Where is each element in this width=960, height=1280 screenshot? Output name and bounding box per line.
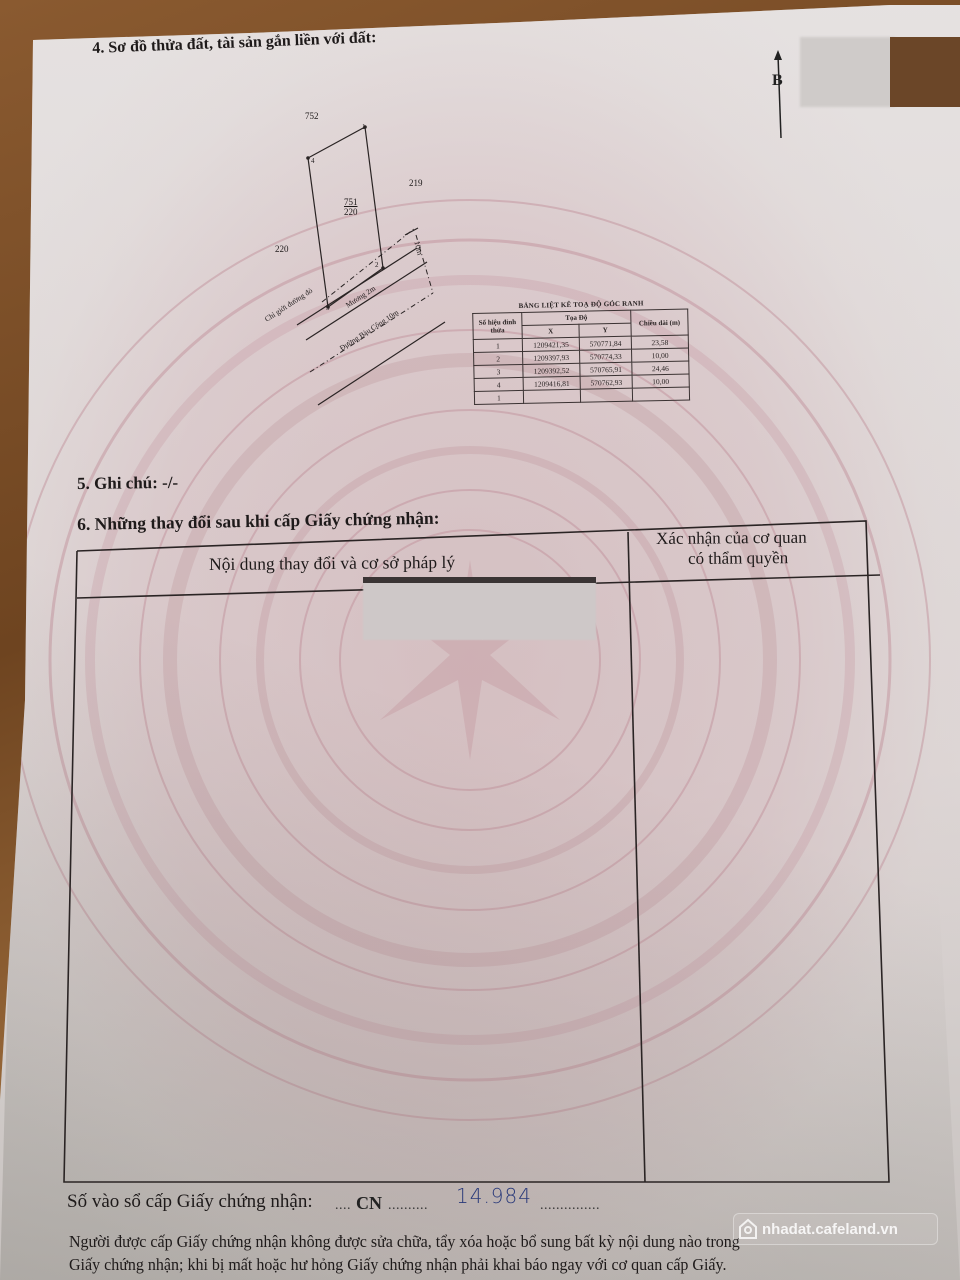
redacted-area-corner bbox=[890, 37, 960, 107]
changes-col2-header-line1: Xác nhận của cơ quan bbox=[656, 528, 807, 549]
cell-y bbox=[581, 388, 633, 402]
dotted-fill: ............... bbox=[540, 1198, 600, 1214]
changes-col1-header: Nội dung thay đổi và cơ sở pháp lý bbox=[209, 552, 455, 575]
header-y: Y bbox=[579, 323, 631, 337]
dotted-fill: .......... bbox=[388, 1198, 428, 1214]
vertex-2: 2 bbox=[375, 261, 379, 269]
coordinate-table: BẢNG LIỆT KÊ TOẠ ĐỘ GÓC RANH Số hiệu đỉn… bbox=[472, 298, 692, 405]
land-certificate-page: 4. Sơ đồ thửa đất, tài sản gắn liền với … bbox=[0, 0, 960, 1280]
cell-length: 23,58 bbox=[631, 335, 688, 349]
registration-number: 14.984 bbox=[456, 1184, 532, 1208]
redacted-bar bbox=[363, 577, 596, 583]
house-location-icon bbox=[738, 1218, 758, 1240]
registration-prefix: CN bbox=[356, 1193, 382, 1214]
cell-point: 2 bbox=[474, 351, 523, 365]
footer-note-line-1: Người được cấp Giấy chứng nhận không đượ… bbox=[69, 1232, 740, 1252]
neighbor-parcel-752: 752 bbox=[305, 111, 319, 121]
registration-label: Số vào sổ cấp Giấy chứng nhận: bbox=[67, 1191, 313, 1213]
parcel-number: 751 bbox=[344, 197, 358, 207]
cell-x bbox=[523, 389, 581, 403]
header-length: Chiều dài (m) bbox=[631, 309, 689, 336]
cell-y: 570762,93 bbox=[580, 375, 632, 389]
vertex-4: 4 bbox=[311, 157, 315, 165]
cell-length: 10,00 bbox=[632, 374, 689, 388]
changes-col2-header-line2: có thẩm quyền bbox=[688, 548, 788, 569]
footer-note-line-2: Giấy chứng nhận; khi bị mất hoặc hư hỏng… bbox=[69, 1255, 727, 1275]
header-x: X bbox=[522, 324, 580, 338]
cell-point: 3 bbox=[474, 364, 523, 378]
cell-y: 570774,33 bbox=[580, 349, 632, 363]
neighbor-parcel-220: 220 bbox=[275, 244, 289, 254]
cell-point: 4 bbox=[474, 377, 523, 391]
neighbor-parcel-219: 219 bbox=[409, 178, 423, 188]
cell-y: 570765,91 bbox=[580, 362, 632, 376]
redacted-area-middle bbox=[363, 578, 596, 640]
map-sheet-number: 220 bbox=[344, 207, 358, 217]
cell-x: 1209397,93 bbox=[523, 350, 581, 364]
cell-length: 24,46 bbox=[632, 361, 689, 375]
header-point: Số hiệu đỉnh thửa bbox=[473, 312, 523, 339]
vertex-1: 1 bbox=[362, 123, 366, 131]
section-5-notes: 5. Ghi chú: -/- bbox=[77, 473, 178, 494]
watermark-text: nhadat.cafeland.vn bbox=[762, 1221, 898, 1238]
cell-point: 1 bbox=[473, 338, 522, 352]
cell-length: 10,00 bbox=[632, 348, 689, 362]
cell-x: 1209421,35 bbox=[522, 337, 580, 351]
vertex-3: 3 bbox=[326, 304, 330, 312]
cell-x: 1209392,52 bbox=[523, 363, 581, 377]
dotted-fill: .... bbox=[335, 1198, 351, 1214]
cell-length bbox=[632, 387, 689, 401]
cell-point: 1 bbox=[474, 390, 523, 404]
site-watermark: nhadat.cafeland.vn bbox=[733, 1213, 938, 1245]
cell-y: 570771,84 bbox=[580, 336, 632, 350]
cell-x: 1209416,81 bbox=[523, 376, 581, 390]
